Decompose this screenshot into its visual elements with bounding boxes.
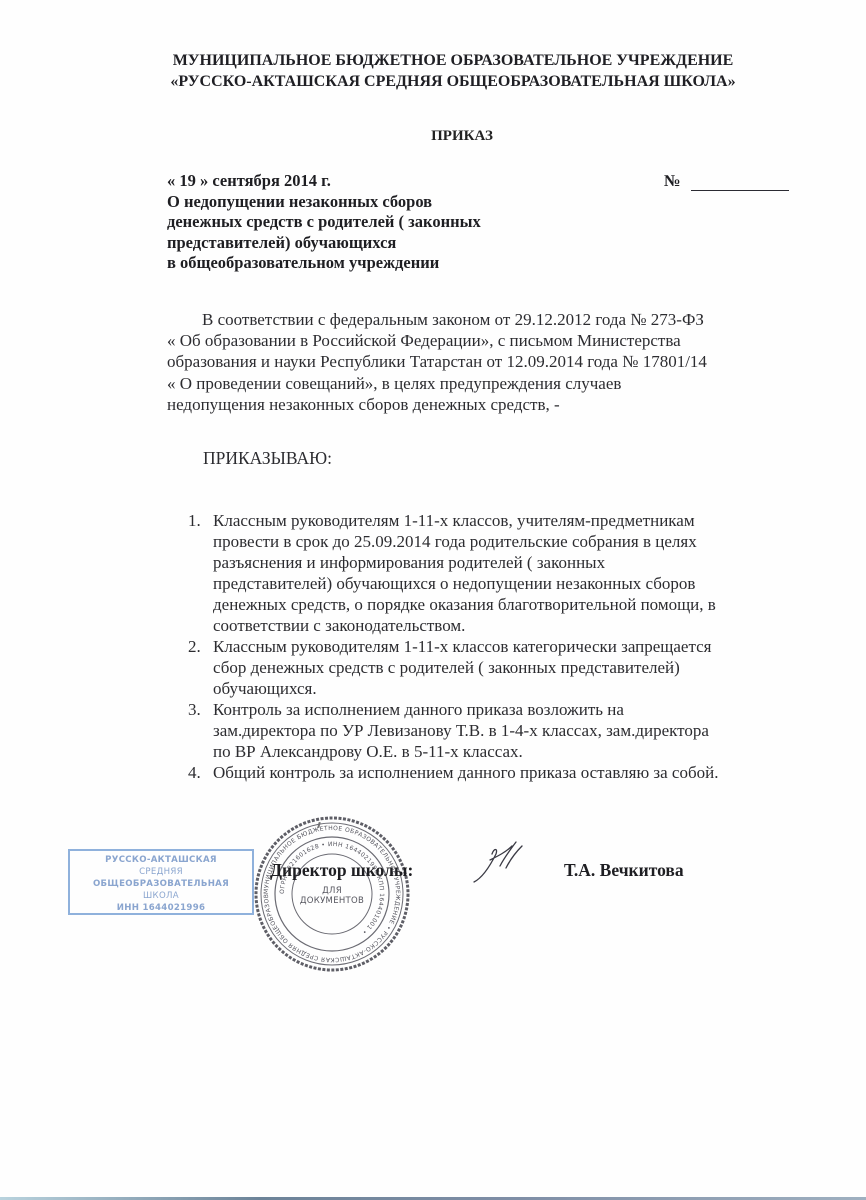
order-item: 1. Классным руководителям 1-11-х классов… — [188, 510, 828, 636]
order-meta: « 19 » сентября 2014 г. О недопущении не… — [167, 171, 481, 274]
order-subject-line: О недопущении незаконных сборов — [167, 192, 481, 213]
seal-center-line: ДОКУМЕНТОВ — [253, 896, 411, 906]
preamble-line: « О проведении совещаний», в целях преду… — [167, 373, 807, 394]
preamble-line: недопущения незаконных сборов денежных с… — [167, 394, 807, 415]
item-line: Общий контроль за исполнением данного пр… — [213, 762, 828, 783]
item-number: 4. — [188, 762, 201, 783]
order-date: « 19 » сентября 2014 г. — [167, 171, 481, 192]
item-line: разъяснения и информирования родителей (… — [213, 552, 828, 573]
item-line: провести в срок до 25.09.2014 года родит… — [213, 531, 828, 552]
item-line: денежных средств, о порядке оказания бла… — [213, 594, 828, 615]
item-number: 1. — [188, 510, 201, 531]
order-number-blank — [691, 174, 789, 191]
order-subject-line: представителей) обучающихся — [167, 233, 481, 254]
organization-line-2: «РУССКО-АКТАШСКАЯ СРЕДНЯЯ ОБЩЕОБРАЗОВАТЕ… — [40, 71, 866, 92]
order-directive: ПРИКАЗЫВАЮ: — [203, 448, 332, 469]
item-line: по ВР Александрову О.Е. в 5-11-х классах… — [213, 741, 828, 762]
order-number-label: № — [664, 171, 681, 191]
preamble-paragraph: В соответствии с федеральным законом от … — [167, 309, 807, 415]
document-type-title: ПРИКАЗ — [0, 128, 866, 145]
item-line: Классным руководителям 1-11-х классов ка… — [213, 636, 828, 657]
stamp-line: ШКОЛА — [70, 890, 252, 902]
signatory-name: Т.А. Вечкитова — [564, 860, 684, 881]
item-line: Контроль за исполнением данного приказа … — [213, 699, 828, 720]
seal-center-line: ДЛЯ — [253, 886, 411, 896]
order-subject-line: денежных средств с родителей ( законных — [167, 212, 481, 233]
item-line: сбор денежных средств с родителей ( зако… — [213, 657, 828, 678]
organization-header: МУНИЦИПАЛЬНОЕ БЮДЖЕТНОЕ ОБРАЗОВАТЕЛЬНОЕ … — [0, 50, 866, 92]
organization-line-1: МУНИЦИПАЛЬНОЕ БЮДЖЕТНОЕ ОБРАЗОВАТЕЛЬНОЕ … — [40, 50, 866, 71]
order-number: № — [664, 171, 789, 191]
item-line: обучающихся. — [213, 678, 828, 699]
order-item: 4. Общий контроль за исполнением данного… — [188, 762, 828, 783]
preamble-line: « Об образовании в Российской Федерации»… — [167, 330, 807, 351]
seal-center-text: ДЛЯ ДОКУМЕНТОВ — [253, 886, 411, 906]
item-line: Классным руководителям 1-11-х классов, у… — [213, 510, 828, 531]
stamp-line: ОБЩЕОБРАЗОВАТЕЛЬНАЯ — [70, 878, 252, 890]
handwritten-signature-icon — [470, 838, 530, 888]
order-item: 2. Классным руководителям 1-11-х классов… — [188, 636, 828, 699]
order-item: 3. Контроль за исполнением данного прика… — [188, 699, 828, 762]
item-line: соответствии с законодательством. — [213, 615, 828, 636]
school-rectangular-stamp: РУССКО-АКТАШСКАЯ СРЕДНЯЯ ОБЩЕОБРАЗОВАТЕЛ… — [68, 849, 254, 915]
item-line: зам.директора по УР Левизанову Т.В. в 1-… — [213, 720, 828, 741]
stamp-line: РУССКО-АКТАШСКАЯ — [70, 854, 252, 866]
stamp-line: ИНН 1644021996 — [70, 902, 252, 914]
signatory-title: Директор школы: — [270, 860, 413, 881]
item-number: 3. — [188, 699, 201, 720]
order-subject-line: в общеобразовательном учреждении — [167, 253, 481, 274]
item-line: представителей) обучающихся о недопущени… — [213, 573, 828, 594]
stamp-line: СРЕДНЯЯ — [70, 866, 252, 878]
preamble-line: В соответствии с федеральным законом от … — [167, 309, 807, 330]
preamble-line: образования и науки Республики Татарстан… — [167, 351, 807, 372]
order-items-list: 1. Классным руководителям 1-11-х классов… — [188, 510, 828, 783]
item-number: 2. — [188, 636, 201, 657]
